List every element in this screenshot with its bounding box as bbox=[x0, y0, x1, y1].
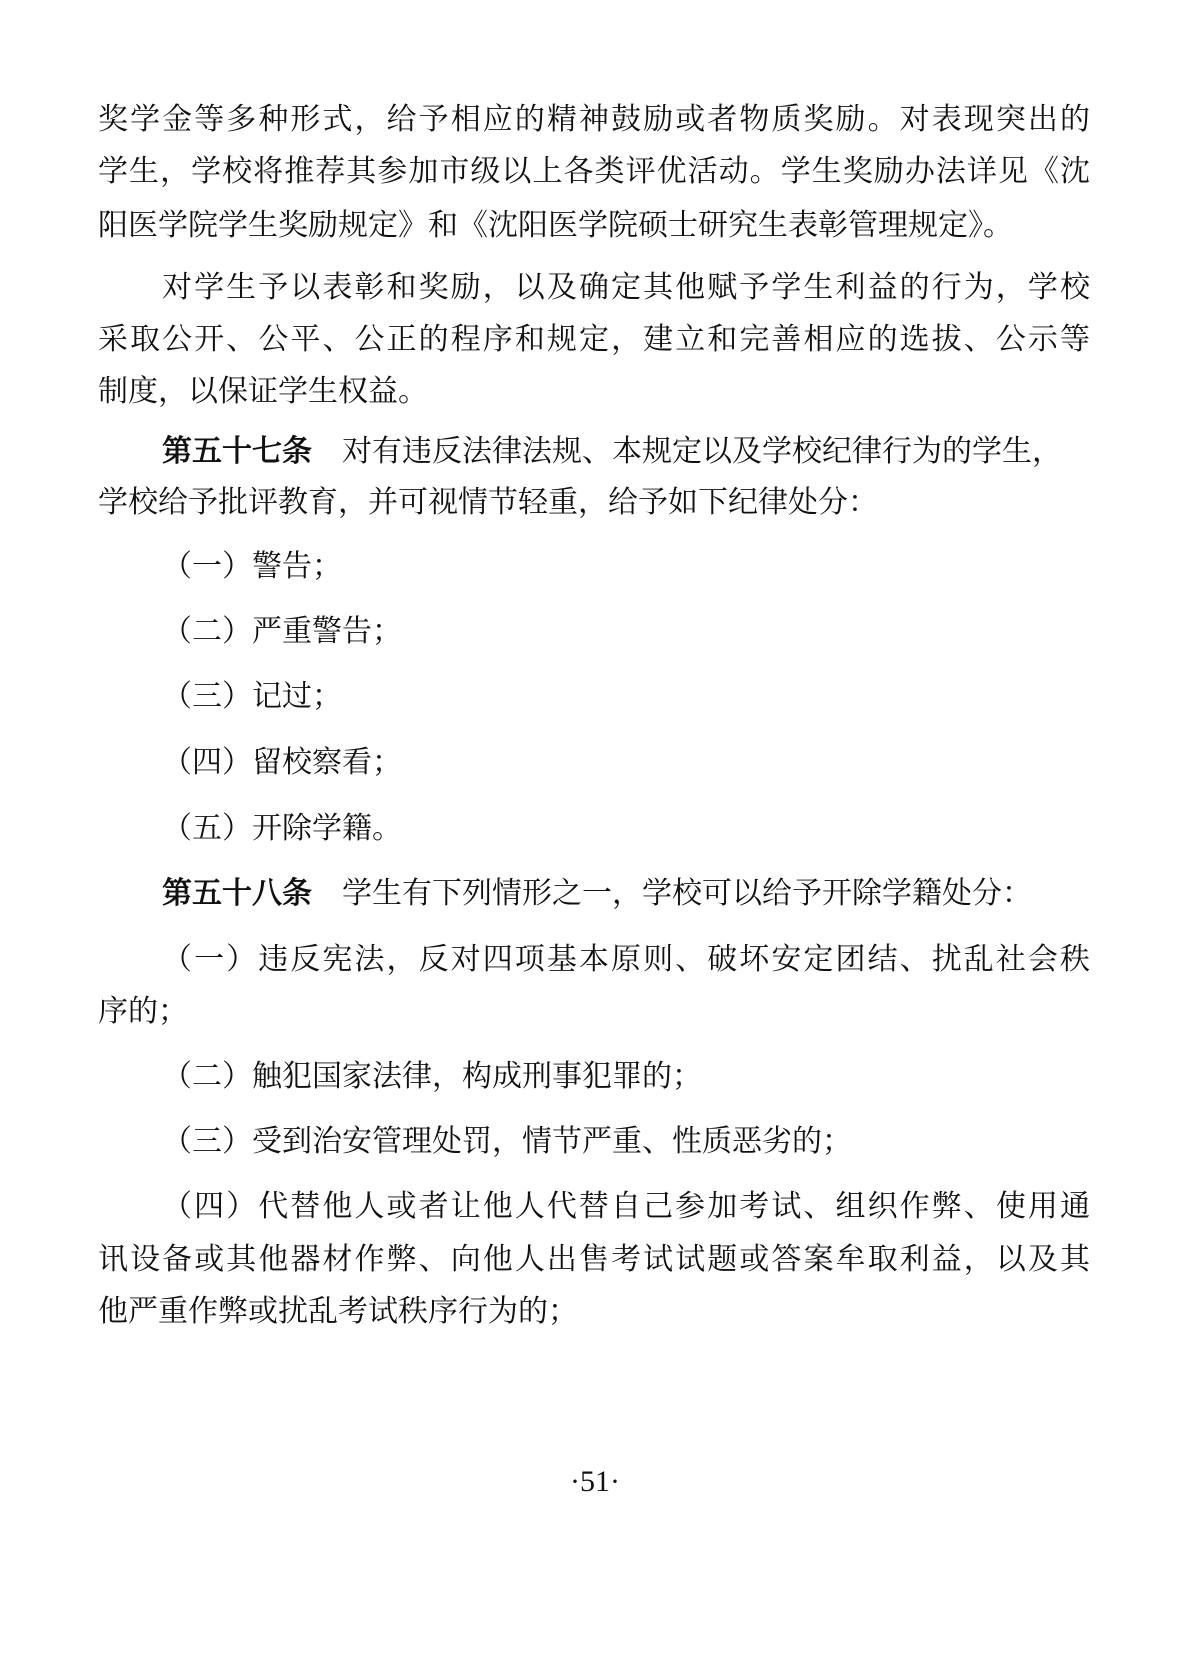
page-number: ·51· bbox=[0, 1462, 1190, 1502]
article-58-text: 学生有下列情形之一，学校可以给予开除学籍处分： bbox=[342, 876, 1032, 911]
expulsion-item: （四）代替他人或者让他人代替自己参加考试、组织作弊、使用通 bbox=[162, 1181, 1090, 1233]
paragraph-line: 学生，学校将推荐其参加市级以上各类评优活动。学生奖励办法详见《沈 bbox=[98, 146, 1090, 198]
expulsion-item: （三）受到治安管理处罚，情节严重、性质恶劣的； bbox=[162, 1116, 1090, 1168]
expulsion-item-cont: 他严重作弊或扰乱考试秩序行为的； bbox=[98, 1286, 1090, 1338]
article-57-text: 对有违反法律法规、本规定以及学校纪律行为的学生， bbox=[342, 434, 1062, 469]
article-57-line: 学校给予批评教育，并可视情节轻重，给予如下纪律处分： bbox=[98, 477, 1090, 529]
penalty-item: （一）警告； bbox=[162, 541, 1090, 593]
paragraph-line: 制度，以保证学生权益。 bbox=[98, 366, 1090, 418]
article-57-title: 第五十七条 bbox=[162, 434, 312, 469]
article-58-title: 第五十八条 bbox=[162, 876, 312, 911]
article-57-heading-line: 第五十七条对有违反法律法规、本规定以及学校纪律行为的学生， bbox=[162, 426, 1090, 478]
paragraph-line: 采取公开、公平、公正的程序和规定，建立和完善相应的选拔、公示等 bbox=[98, 314, 1090, 366]
expulsion-item: （一）违反宪法，反对四项基本原则、破坏安定团结、扰乱社会秩 bbox=[162, 934, 1090, 986]
paragraph-line: 阳医学院学生奖励规定》和《沈阳医学院硕士研究生表彰管理规定》。 bbox=[98, 200, 1090, 252]
expulsion-item-cont: 讯设备或其他器材作弊、向他人出售考试试题或答案牟取利益，以及其 bbox=[98, 1234, 1090, 1286]
paragraph-line: 对学生予以表彰和奖励，以及确定其他赋予学生利益的行为，学校 bbox=[162, 262, 1090, 314]
penalty-item: （三）记过； bbox=[162, 671, 1090, 723]
article-58-heading-line: 第五十八条学生有下列情形之一，学校可以给予开除学籍处分： bbox=[162, 868, 1090, 920]
expulsion-item-cont: 序的； bbox=[98, 986, 1090, 1038]
penalty-item: （五）开除学籍。 bbox=[162, 803, 1090, 855]
expulsion-item: （二）触犯国家法律，构成刑事犯罪的； bbox=[162, 1051, 1090, 1103]
penalty-item: （二）严重警告； bbox=[162, 606, 1090, 658]
penalty-item: （四）留校察看； bbox=[162, 737, 1090, 789]
paragraph-line: 奖学金等多种形式，给予相应的精神鼓励或者物质奖励。对表现突出的 bbox=[98, 94, 1090, 146]
